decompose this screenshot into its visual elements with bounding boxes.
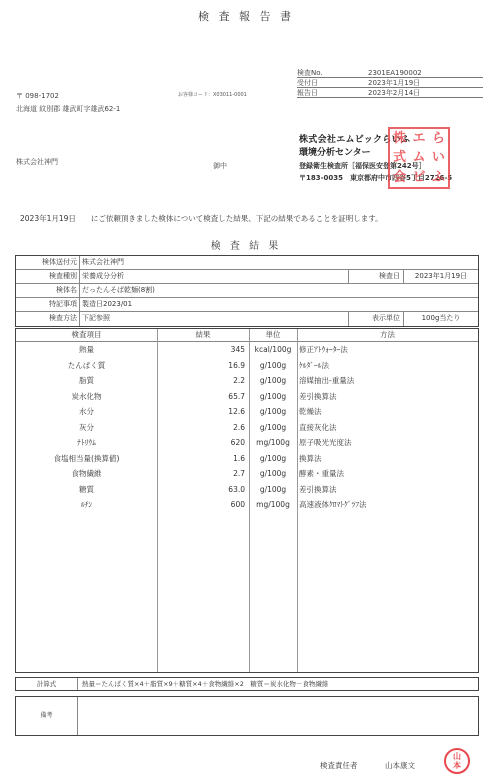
results-table-header: 検査項目 結果 単位 方法	[16, 329, 478, 342]
table-row: 灰分 2.6 g/100g 直接灰化法	[16, 420, 478, 436]
row-unit: g/100g	[249, 389, 297, 405]
row-method: 高速液体ｸﾛﾏﾄｸﾞﾗﾌ法	[297, 497, 478, 513]
display-unit-label: 表示単位	[348, 312, 403, 326]
inspection-no-value: 2301EA190002	[368, 68, 483, 77]
special-notes-label: 特記事項	[16, 298, 80, 311]
row-result: 12.6	[157, 404, 249, 420]
seal-char: 会	[390, 168, 409, 187]
row-result: 600	[157, 497, 249, 513]
row-unit: g/100g	[249, 466, 297, 482]
seal-bottom-char: 本	[446, 761, 468, 770]
display-unit-value: 100g当たり	[403, 312, 478, 326]
row-unit: g/100g	[249, 420, 297, 436]
row-item: 炭水化物	[16, 389, 157, 405]
row-item: 水分	[16, 404, 157, 420]
remarks-value	[78, 697, 478, 735]
inspection-date-label: 検査日	[348, 270, 403, 283]
seal-char: ら	[429, 129, 448, 148]
table-row: 脂質 2.2 g/100g 溶媒抽出-重量法	[16, 373, 478, 389]
sample-name-label: 検体名	[16, 284, 80, 297]
table-row: 熱量 345 kcal/100g 修正ｱﾄｳｫｰﾀｰ法	[16, 342, 478, 358]
row-unit: mg/100g	[249, 497, 297, 513]
report-info-table: 検査No. 2301EA190002 受付日 2023年1月19日 報告日 20…	[297, 68, 483, 98]
seal-char: ビ	[409, 168, 428, 187]
recipient-address: 北海道 紋別郡 雄武町字雄武62-1	[16, 104, 120, 114]
seal-char: エ	[409, 129, 428, 148]
sender-value: 株式会社神門	[80, 256, 478, 269]
row-item: たんぱく質	[16, 358, 157, 374]
sample-info-row: 特記事項 製造日2023/01	[16, 298, 478, 312]
formula-text: 熱量＝たんぱく質×4＋脂質×9＋糖質×4＋食物繊維×2 糖質＝炭水化物－食物繊維	[78, 678, 478, 690]
recipient-postal-code: 〒 098-1702	[16, 91, 59, 101]
sender-label: 検体送付元	[16, 256, 80, 269]
seal-char: 式	[390, 148, 409, 167]
table-row: ﾙﾁﾝ 600 mg/100g 高速液体ｸﾛﾏﾄｸﾞﾗﾌ法	[16, 497, 478, 513]
results-section-title: 検 査 結 果	[0, 237, 492, 252]
row-result: 2.2	[157, 373, 249, 389]
personal-seal-stamp-icon: 山 本	[444, 748, 470, 774]
sample-info-row: 検査種別 栄養成分分析 検査日 2023年1月19日	[16, 270, 478, 284]
column-divider	[297, 329, 298, 672]
row-item: 熱量	[16, 342, 157, 358]
table-row: 食物繊維 2.7 g/100g 酵素・重量法	[16, 466, 478, 482]
report-info-row-inspection-no: 検査No. 2301EA190002	[297, 68, 483, 78]
report-date-label: 報告日	[297, 88, 368, 97]
customer-code: お客様コード：X03011-0001	[178, 91, 247, 98]
row-result: 63.0	[157, 482, 249, 498]
seal-char: ふ	[429, 168, 448, 187]
row-result: 2.7	[157, 466, 249, 482]
report-date-value: 2023年2月14日	[368, 88, 483, 97]
row-result: 345	[157, 342, 249, 358]
inspection-type-label: 検査種別	[16, 270, 80, 283]
seal-top-char: 山	[446, 752, 468, 761]
remarks-section: 備考	[15, 696, 479, 736]
row-unit: g/100g	[249, 482, 297, 498]
remarks-label: 備考	[16, 697, 78, 735]
table-row: たんぱく質 16.9 g/100g ｹﾙﾀﾞｰﾙ法	[16, 358, 478, 374]
row-method: 溶媒抽出-重量法	[297, 373, 478, 389]
row-method: ｹﾙﾀﾞｰﾙ法	[297, 358, 478, 374]
seal-char: い	[429, 148, 448, 167]
table-row: 炭水化物 65.7 g/100g 差引換算法	[16, 389, 478, 405]
row-result: 620	[157, 435, 249, 451]
row-item: ﾅﾄﾘｳﾑ	[16, 435, 157, 451]
formula-label: 計算式	[16, 678, 78, 690]
row-result: 2.6	[157, 420, 249, 436]
seal-char: ム	[409, 148, 428, 167]
inspector-name: 山本康文	[385, 760, 415, 771]
row-result: 1.6	[157, 451, 249, 467]
row-unit: mg/100g	[249, 435, 297, 451]
calculation-formula: 計算式 熱量＝たんぱく質×4＋脂質×9＋糖質×4＋食物繊維×2 糖質＝炭水化物－…	[15, 677, 479, 691]
company-seal-stamp-icon: 株 エ ら 式 ム い 会 ビ ふ	[388, 127, 450, 189]
recipient-honorific: 御中	[213, 161, 227, 171]
row-method: 差引換算法	[297, 389, 478, 405]
row-method: 差引換算法	[297, 482, 478, 498]
report-info-row-report-date: 報告日 2023年2月14日	[297, 88, 483, 98]
inspection-type-value: 栄養成分分析	[80, 270, 348, 283]
inspection-method-value: 下記参照	[80, 312, 348, 326]
recipient-name: 株式会社神門	[16, 157, 58, 167]
sample-name-value: だったんそば乾麺(8割)	[80, 284, 478, 297]
row-method: 直接灰化法	[297, 420, 478, 436]
table-row: 食塩相当量(換算値) 1.6 g/100g 換算法	[16, 451, 478, 467]
table-row: ﾅﾄﾘｳﾑ 620 mg/100g 原子吸光光度法	[16, 435, 478, 451]
inspection-method-label: 検査方法	[16, 312, 80, 326]
row-unit: g/100g	[249, 373, 297, 389]
row-item: 糖質	[16, 482, 157, 498]
header-unit: 単位	[249, 329, 297, 341]
header-result: 結果	[157, 329, 249, 341]
header-item: 検査項目	[16, 329, 157, 341]
header-method: 方法	[297, 329, 478, 341]
received-date-label: 受付日	[297, 78, 368, 87]
results-table: 検査項目 結果 単位 方法 熱量 345 kcal/100g 修正ｱﾄｳｫｰﾀｰ…	[15, 328, 479, 673]
row-item: 食物繊維	[16, 466, 157, 482]
row-item: 脂質	[16, 373, 157, 389]
inspection-date-value: 2023年1月19日	[403, 270, 478, 283]
report-info-row-received-date: 受付日 2023年1月19日	[297, 78, 483, 88]
special-notes-value: 製造日2023/01	[80, 298, 478, 311]
row-item: 灰分	[16, 420, 157, 436]
sample-info-row: 検体送付元 株式会社神門	[16, 256, 478, 270]
column-divider	[157, 329, 158, 672]
row-result: 16.9	[157, 358, 249, 374]
row-method: 換算法	[297, 451, 478, 467]
inspection-no-label: 検査No.	[297, 68, 368, 77]
row-method: 修正ｱﾄｳｫｰﾀｰ法	[297, 342, 478, 358]
row-unit: g/100g	[249, 358, 297, 374]
column-divider	[249, 329, 250, 672]
sample-info-table: 検体送付元 株式会社神門 検査種別 栄養成分分析 検査日 2023年1月19日 …	[15, 255, 479, 327]
row-item: 食塩相当量(換算値)	[16, 451, 157, 467]
received-date-value: 2023年1月19日	[368, 78, 483, 87]
row-method: 酵素・重量法	[297, 466, 478, 482]
seal-char: 株	[390, 129, 409, 148]
certification-statement: 2023年1月19日 にご依頼頂きました検体について検査した結果、下記の結果であ…	[20, 213, 383, 224]
row-unit: g/100g	[249, 451, 297, 467]
inspector-label: 検査責任者	[320, 760, 358, 771]
sample-info-row: 検体名 だったんそば乾麺(8割)	[16, 284, 478, 298]
row-method: 原子吸光光度法	[297, 435, 478, 451]
row-unit: kcal/100g	[249, 342, 297, 358]
row-result: 65.7	[157, 389, 249, 405]
table-row: 水分 12.6 g/100g 乾燥法	[16, 404, 478, 420]
document-title: 検 査 報 告 書	[0, 8, 492, 24]
sample-info-row: 検査方法 下記参照 表示単位 100g当たり	[16, 312, 478, 326]
table-row: 糖質 63.0 g/100g 差引換算法	[16, 482, 478, 498]
row-item: ﾙﾁﾝ	[16, 497, 157, 513]
row-unit: g/100g	[249, 404, 297, 420]
row-method: 乾燥法	[297, 404, 478, 420]
